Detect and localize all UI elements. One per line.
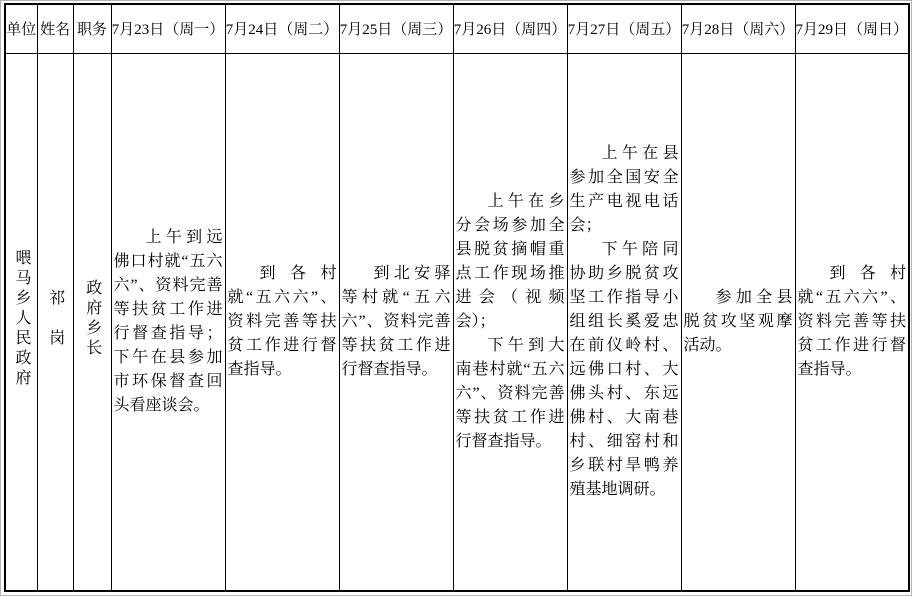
- document-page: 单位 姓名 职务 7月23日（周一） 7月24日（周二） 7月25日（周三） 7…: [0, 0, 912, 596]
- schedule-cell-mon: 上午到远佛口村就“五六六”、资料完善等扶贫工作进行督查指导；下午在县参加市环保督…: [111, 53, 225, 591]
- header-date-thu: 7月26日（周四）: [453, 4, 567, 53]
- schedule-cell-wed: 到北安驿等村就“五六六”、资料完善等扶贫工作进行督查指导。: [339, 53, 453, 591]
- header-date-mon: 7月23日（周一）: [111, 4, 225, 53]
- header-date-tue: 7月24日（周二）: [225, 4, 339, 53]
- schedule-cell-sat: 参加全县脱贫攻坚观摩活动。: [681, 53, 795, 591]
- schedule-fri-paragraph-am: 上午在县参加全国安全生产电视电话会；: [570, 142, 679, 238]
- header-unit: 单位: [5, 4, 37, 53]
- schedule-thu-paragraph-pm: 下午到大南巷村就“五六六”、资料完善等扶贫工作进行督查指导。: [456, 334, 565, 454]
- header-date-sun: 7月29日（周日）: [795, 4, 909, 53]
- weekly-schedule-table: 单位 姓名 职务 7月23日（周一） 7月24日（周二） 7月25日（周三） 7…: [4, 3, 910, 592]
- title-value: 政府乡长: [83, 279, 101, 359]
- header-name: 姓名: [37, 4, 73, 53]
- table-header-row: 单位 姓名 职务 7月23日（周一） 7月24日（周二） 7月25日（周三） 7…: [5, 4, 909, 53]
- schedule-tue-paragraph: 到各村就“五六六”、资料完善等扶贫工作进行督查指导。: [228, 262, 337, 382]
- schedule-cell-tue: 到各村就“五六六”、资料完善等扶贫工作进行督查指导。: [225, 53, 339, 591]
- schedule-cell-thu: 上午在乡分会场参加全县脱贫摘帽重点工作现场推进会（视频会）； 下午到大南巷村就“…: [453, 53, 567, 591]
- unit-value: 喂马乡人民政府: [12, 249, 30, 389]
- schedule-mon-paragraph: 上午到远佛口村就“五六六”、资料完善等扶贫工作进行督查指导；下午在县参加市环保督…: [114, 226, 223, 418]
- table-row: 喂马乡人民政府 祁 岗 政府乡长 上午到远佛口村就“五六六”、资料完善等扶贫工作…: [5, 53, 909, 591]
- schedule-fri-paragraph-pm: 下午陪同协助乡脱贫攻坚工作指导小组组长奚爱忠在前仪岭村、远佛口村、大佛头村、东远…: [570, 238, 679, 502]
- schedule-cell-fri: 上午在县参加全国安全生产电视电话会； 下午陪同协助乡脱贫攻坚工作指导小组组长奚爱…: [567, 53, 681, 591]
- title-cell: 政府乡长: [73, 53, 111, 591]
- name-cell: 祁 岗: [37, 53, 73, 591]
- header-date-sat: 7月28日（周六）: [681, 4, 795, 53]
- schedule-thu-paragraph-am: 上午在乡分会场参加全县脱贫摘帽重点工作现场推进会（视频会）；: [456, 190, 565, 334]
- schedule-wed-paragraph: 到北安驿等村就“五六六”、资料完善等扶贫工作进行督查指导。: [342, 262, 451, 382]
- schedule-sat-paragraph: 参加全县脱贫攻坚观摩活动。: [684, 286, 793, 358]
- unit-cell: 喂马乡人民政府: [5, 53, 37, 591]
- header-date-wed: 7月25日（周三）: [339, 4, 453, 53]
- header-title: 职务: [73, 4, 111, 53]
- schedule-sun-paragraph: 到各村就“五六六”、资料完善等扶贫工作进行督查指导。: [798, 262, 907, 382]
- name-value: 祁 岗: [46, 289, 64, 349]
- header-date-fri: 7月27日（周五）: [567, 4, 681, 53]
- schedule-cell-sun: 到各村就“五六六”、资料完善等扶贫工作进行督查指导。: [795, 53, 909, 591]
